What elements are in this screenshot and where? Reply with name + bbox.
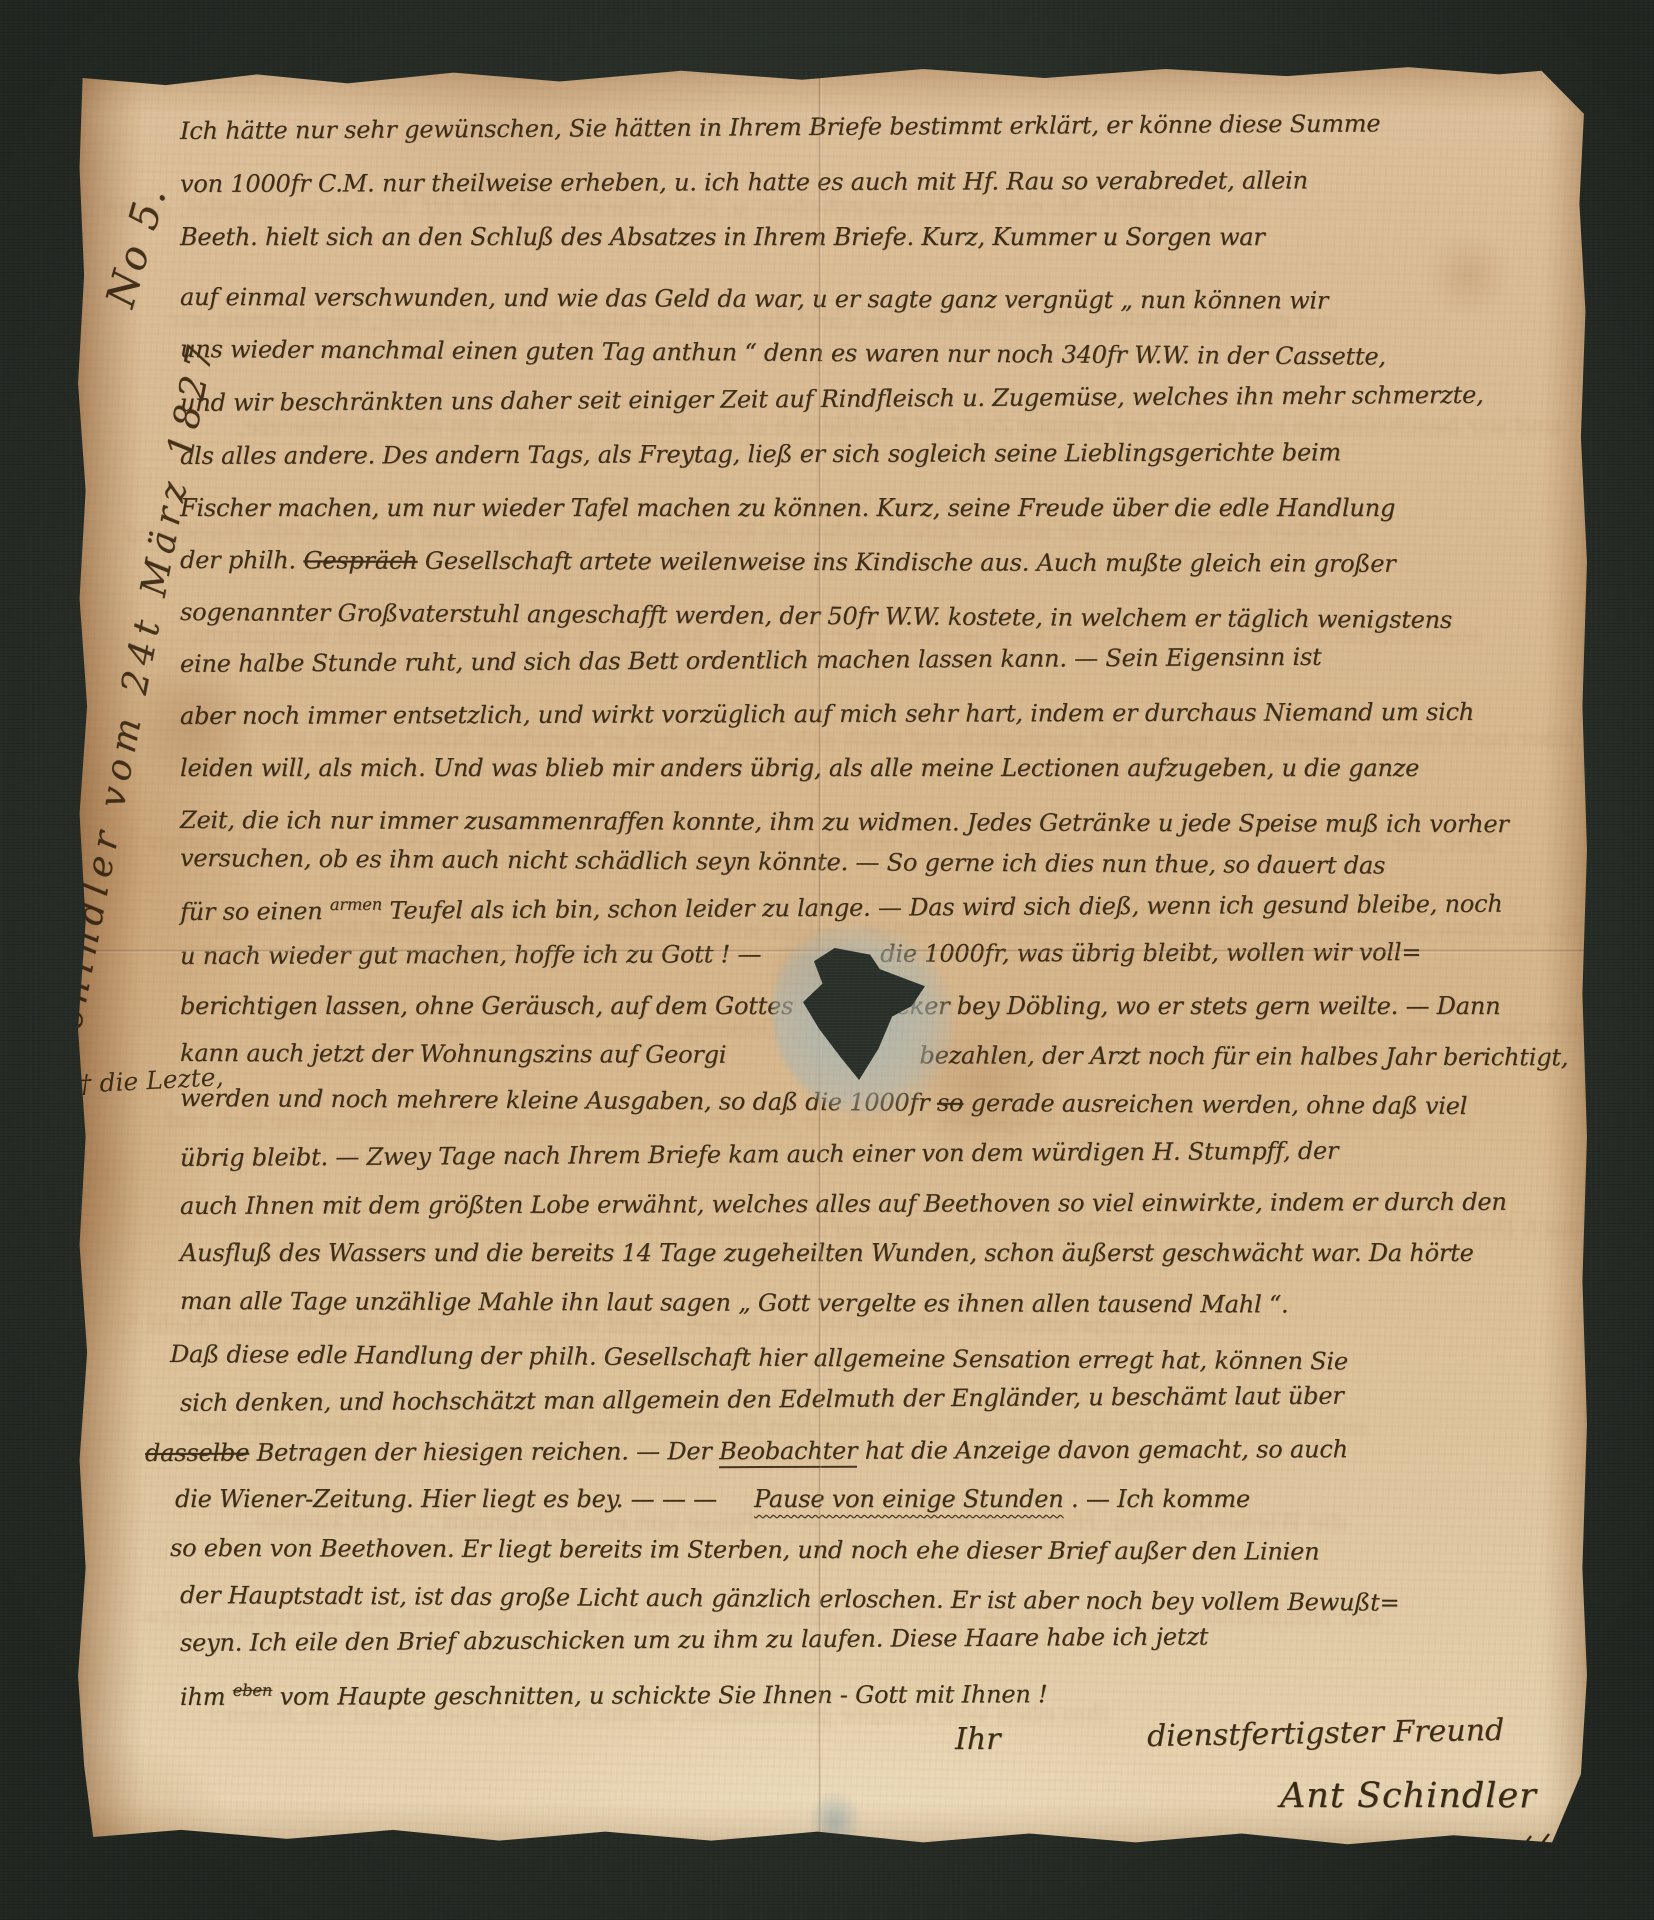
letter-page: von 1000fr C.M. nur theilweise erheben, … <box>75 60 1590 1855</box>
handwritten-line: und wir beschränkten uns daher seit eini… <box>180 378 1484 420</box>
handwritten-line: der philh. Gespräch Gesellschaft artete … <box>180 543 1396 581</box>
handwritten-line: auch Ihnen mit dem größten Lobe erwähnt,… <box>180 1185 1507 1223</box>
handwritten-line: seyn. Ich eile den Brief abzuschicken um… <box>180 1620 1208 1660</box>
signature-flourish <box>1313 1828 1613 1872</box>
handwritten-line: Ich hätte nur sehr gewünschen, Sie hätte… <box>180 106 1381 148</box>
handwritten-line: ihm eben vom Haupte geschnitten, u schic… <box>180 1671 1048 1714</box>
handwritten-line: man alle Tage unzählige Mahle ihn laut s… <box>180 1284 1289 1321</box>
handwritten-line: aber noch immer entsetzlich, und wirkt v… <box>180 695 1474 733</box>
handwritten-line: eine halbe Stunde ruht, und sich das Bet… <box>180 640 1322 681</box>
repair-patch-bottom <box>810 1792 860 1852</box>
handwritten-line: für so einen armen Teufel als ich bin, s… <box>180 881 1503 929</box>
handwritten-line: dasselbe Betragen der hiesigen reichen. … <box>145 1432 1348 1470</box>
handwritten-line: leiden will, als mich. Und was blieb mir… <box>180 751 1419 785</box>
handwritten-line: uns wieder manchmal einen guten Tag anth… <box>180 332 1386 374</box>
handwritten-line: die Wiener-Zeitung. Hier liegt es bey. —… <box>175 1482 1250 1516</box>
signature: Ant Schindler <box>1280 1776 1537 1816</box>
handwritten-line: sich denken, und hochschätzt man allgeme… <box>180 1379 1344 1420</box>
valediction-line: dienstfertigster Freund <box>1147 1713 1505 1754</box>
handwritten-line: so eben von Beethoven. Er liegt bereits … <box>170 1531 1320 1569</box>
handwritten-line: von 1000fr C.M. nur theilweise erheben, … <box>180 163 1308 201</box>
handwritten-line: Zeit, die ich nur immer zusammenraffen k… <box>180 803 1509 841</box>
letter-scan: von 1000fr C.M. nur theilweise erheben, … <box>0 0 1654 1920</box>
handwritten-line: der Hauptstadt ist, ist das große Licht … <box>180 1578 1400 1620</box>
handwritten-line: auf einmal verschwunden, und wie das Gel… <box>180 280 1328 318</box>
handwritten-line: sogenannter Großvaterstuhl angeschafft w… <box>180 595 1452 637</box>
handwritten-line: Daß diese edle Handlung der philh. Gesel… <box>170 1337 1348 1378</box>
handwritten-line: als alles andere. Des andern Tags, als F… <box>180 435 1341 473</box>
handwritten-line: versuchen, ob es ihm auch nicht schädlic… <box>180 841 1385 883</box>
handwritten-line: Beeth. hielt sich an den Schluß des Absa… <box>180 220 1265 254</box>
handwritten-line: Ausfluß des Wassers und die bereits 14 T… <box>180 1236 1474 1270</box>
valediction-ihr: Ihr <box>955 1722 1001 1757</box>
handwritten-line: Fischer machen, um nur wieder Tafel mach… <box>180 491 1395 525</box>
handwritten-line: übrig bleibt. — Zwey Tage nach Ihrem Bri… <box>180 1134 1338 1175</box>
